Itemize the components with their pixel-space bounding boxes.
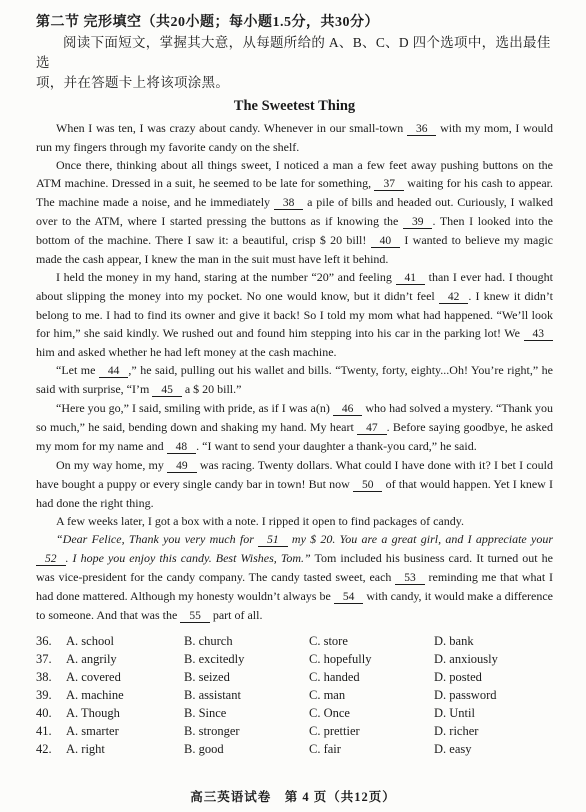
option-d: D. password bbox=[434, 686, 553, 704]
option-row-38: 38. A. covered B. seized C. handed D. po… bbox=[36, 668, 553, 686]
option-c: C. prettier bbox=[309, 722, 434, 740]
cloze-blank-45: 45 bbox=[152, 384, 182, 397]
cloze-blank-37: 37 bbox=[374, 178, 404, 191]
option-a: A. machine bbox=[66, 686, 184, 704]
option-row-39: 39. A. machine B. assistant C. man D. pa… bbox=[36, 686, 553, 704]
question-number: 38. bbox=[36, 668, 66, 686]
passage-text: Once there, thinking about all things sw… bbox=[36, 158, 553, 266]
option-a: A. covered bbox=[66, 668, 184, 686]
cloze-blank-36: 36 bbox=[407, 123, 437, 136]
passage-paragraph: I held the money in my hand, staring at … bbox=[36, 268, 553, 361]
passage-text: A few weeks later, I got a box with a no… bbox=[56, 514, 464, 528]
option-c: C. handed bbox=[309, 668, 434, 686]
cloze-blank-43: 43 bbox=[524, 328, 554, 341]
option-c: C. hopefully bbox=[309, 650, 434, 668]
option-c: C. store bbox=[309, 632, 434, 650]
passage-paragraph: “Dear Felice, Thank you very much for 51… bbox=[36, 530, 553, 625]
passage-text: I held the money in my hand, staring at … bbox=[36, 270, 553, 359]
passage-text: “Let me 44,” he said, pulling out his wa… bbox=[36, 363, 553, 396]
option-d: D. Until bbox=[434, 704, 553, 722]
option-b: B. church bbox=[184, 632, 309, 650]
cloze-blank-55: 55 bbox=[180, 610, 210, 623]
cloze-blank-40: 40 bbox=[371, 235, 401, 248]
instructions-line-1: 阅读下面短文，掌握其大意，从每题所给的 A、B、C、D 四个选项中，选出最佳选 bbox=[36, 33, 553, 73]
passage-title: The Sweetest Thing bbox=[36, 95, 553, 117]
options-table: 36. A. school B. church C. store D. bank… bbox=[36, 632, 553, 758]
option-c: C. Once bbox=[309, 704, 434, 722]
option-a: A. school bbox=[66, 632, 184, 650]
cloze-blank-44: 44 bbox=[99, 365, 129, 378]
cloze-blank-41: 41 bbox=[396, 272, 426, 285]
instructions: 阅读下面短文，掌握其大意，从每题所给的 A、B、C、D 四个选项中，选出最佳选 … bbox=[36, 33, 553, 93]
passage-paragraph: “Let me 44,” he said, pulling out his wa… bbox=[36, 361, 553, 399]
option-d: D. posted bbox=[434, 668, 553, 686]
option-row-36: 36. A. school B. church C. store D. bank bbox=[36, 632, 553, 650]
option-d: D. bank bbox=[434, 632, 553, 650]
option-b: B. good bbox=[184, 740, 309, 758]
cloze-blank-47: 47 bbox=[357, 422, 387, 435]
cloze-blank-42: 42 bbox=[439, 291, 469, 304]
page-footer: 高三英语试卷 第 4 页（共12页） bbox=[0, 787, 586, 805]
passage-paragraph: “Here you go,” I said, smiling with prid… bbox=[36, 399, 553, 456]
option-b: B. seized bbox=[184, 668, 309, 686]
passage-paragraphs: When I was ten, I was crazy about candy.… bbox=[36, 119, 553, 625]
cloze-blank-52: 52 bbox=[36, 553, 66, 566]
cloze-blank-46: 46 bbox=[333, 403, 363, 416]
cloze-blank-49: 49 bbox=[167, 460, 197, 473]
exam-paper-page: 第二节 完形填空（共20小题；每小题1.5分，共30分） 阅读下面短文，掌握其大… bbox=[0, 0, 586, 812]
cloze-blank-48: 48 bbox=[167, 441, 197, 454]
cloze-blank-54: 54 bbox=[334, 591, 364, 604]
option-a: A. angrily bbox=[66, 650, 184, 668]
question-number: 36. bbox=[36, 632, 66, 650]
option-a: A. smarter bbox=[66, 722, 184, 740]
option-b: B. assistant bbox=[184, 686, 309, 704]
passage-paragraph: A few weeks later, I got a box with a no… bbox=[36, 512, 553, 530]
passage-paragraph: When I was ten, I was crazy about candy.… bbox=[36, 119, 553, 156]
option-row-42: 42. A. right B. good C. fair D. easy bbox=[36, 740, 553, 758]
cloze-blank-50: 50 bbox=[353, 479, 383, 492]
option-b: B. stronger bbox=[184, 722, 309, 740]
question-number: 40. bbox=[36, 704, 66, 722]
option-d: D. anxiously bbox=[434, 650, 553, 668]
option-row-37: 37. A. angrily B. excitedly C. hopefully… bbox=[36, 650, 553, 668]
option-d: D. easy bbox=[434, 740, 553, 758]
passage-text: On my way home, my 49 was racing. Twenty… bbox=[36, 458, 553, 510]
option-c: C. man bbox=[309, 686, 434, 704]
cloze-blank-38: 38 bbox=[274, 197, 304, 210]
option-a: A. Though bbox=[66, 704, 184, 722]
cloze-blank-51: 51 bbox=[258, 534, 288, 547]
instructions-line-2: 项，并在答题卡上将该项涂黑。 bbox=[36, 73, 553, 93]
cloze-blank-53: 53 bbox=[395, 572, 425, 585]
option-row-41: 41. A. smarter B. stronger C. prettier D… bbox=[36, 722, 553, 740]
passage-text: “Here you go,” I said, smiling with prid… bbox=[36, 401, 553, 453]
question-number: 42. bbox=[36, 740, 66, 758]
passage-paragraph: On my way home, my 49 was racing. Twenty… bbox=[36, 456, 553, 512]
question-number: 41. bbox=[36, 722, 66, 740]
option-d: D. richer bbox=[434, 722, 553, 740]
cloze-blank-39: 39 bbox=[403, 216, 433, 229]
option-c: C. fair bbox=[309, 740, 434, 758]
option-a: A. right bbox=[66, 740, 184, 758]
option-b: B. excitedly bbox=[184, 650, 309, 668]
passage-paragraph: Once there, thinking about all things sw… bbox=[36, 156, 553, 268]
section-heading: 第二节 完形填空（共20小题；每小题1.5分，共30分） bbox=[36, 12, 553, 33]
option-row-40: 40. A. Though B. Since C. Once D. Until bbox=[36, 704, 553, 722]
question-number: 37. bbox=[36, 650, 66, 668]
question-number: 39. bbox=[36, 686, 66, 704]
option-b: B. Since bbox=[184, 704, 309, 722]
passage-text: When I was ten, I was crazy about candy.… bbox=[36, 121, 553, 154]
